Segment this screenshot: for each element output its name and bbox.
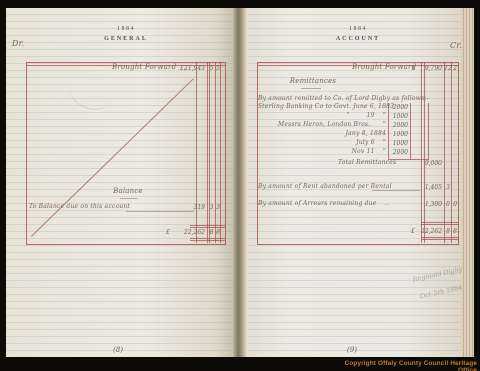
- right-bf-shillings: 12: [444, 65, 452, 72]
- arrears-pence: 0: [452, 201, 458, 208]
- balance-underline: [120, 198, 138, 199]
- right-amount-column-rule1: [421, 62, 422, 243]
- right-amount-column-rule2: [424, 62, 425, 243]
- left-total-top-rule1: [190, 225, 225, 226]
- ledger-scan: 1884 GENERAL Dr. Brought Forward £ 21,94…: [0, 0, 480, 371]
- debit-corner-label: Dr.: [12, 40, 25, 49]
- pencil-note-line2: Oct 5th 1884: [419, 284, 463, 301]
- left-bf-shillings: 5: [208, 65, 215, 72]
- pencil-note-line1: Reginald Digby: [412, 265, 463, 283]
- left-total-bottom-rule2: [190, 240, 225, 241]
- subcolumn-right-rule: [410, 103, 411, 159]
- right-bf-pound-sign: £: [412, 65, 416, 72]
- left-year-label: 1884: [104, 26, 148, 32]
- left-pence-column-rule: [215, 62, 216, 243]
- balance-heading: Balance: [100, 188, 156, 196]
- right-page-title: ACCOUNT: [318, 36, 398, 42]
- right-page-number: (9): [342, 346, 362, 354]
- total-remittances-label: Total Remittances: [338, 160, 396, 167]
- arrears-shillings: 0: [444, 201, 452, 208]
- left-shillings-column-rule2: [209, 62, 210, 243]
- right-total-top-rule2: [421, 224, 458, 225]
- right-shillings-column-rule: [444, 62, 445, 243]
- left-total-pence: 8: [215, 229, 221, 236]
- balance-pence: 3: [215, 204, 221, 211]
- remittance-row-amount: 2000: [390, 149, 408, 156]
- right-bf-pence: 2: [452, 65, 458, 72]
- left-shillings-column-rule: [207, 62, 208, 243]
- remittances-underline: [301, 88, 321, 89]
- remittances-heading: Remittances: [278, 78, 348, 86]
- remittance-row-label: Sterling Banking Co to Govt. June 6, 188…: [258, 104, 386, 111]
- right-brought-forward-label: Brought Forward: [352, 64, 416, 72]
- remittance-row-label: Jany 8, 1884: [258, 131, 386, 138]
- remittance-row-label: Nov 11 ": [258, 149, 386, 156]
- remittance-row-label: Messrs Heron, London Bros. ": [258, 122, 386, 129]
- right-bf-amount: 9,790: [419, 65, 442, 72]
- left-total-bottom-rule1: [190, 238, 225, 239]
- left-total-shillings: 8: [208, 229, 215, 236]
- right-total-shillings: 8: [444, 228, 452, 235]
- remittance-row-amount: 1000: [390, 140, 408, 147]
- total-remittances-amount: 9,000: [424, 160, 442, 167]
- page-edges: [461, 8, 474, 357]
- right-total-bottom-rule1: [421, 237, 458, 238]
- remittances-intro-line: By amount remitted to Co. of Lord Digby …: [258, 96, 429, 103]
- remittance-row-amount: 2000: [390, 122, 408, 129]
- book-gutter: [233, 8, 248, 357]
- arrears-amount: 1,300: [419, 201, 442, 208]
- left-bf-pence: 5: [215, 65, 221, 72]
- left-page-number: (8): [108, 346, 128, 354]
- right-total-bottom-rule2: [421, 239, 458, 240]
- rent-abandoned-fill-line: [372, 190, 420, 191]
- right-year-label: 1884: [336, 26, 380, 32]
- subcolumn-outer-rule: [428, 103, 429, 159]
- left-brought-forward-label: Brought Forward: [112, 64, 176, 72]
- balance-due-label: To Balance due on this account: [29, 204, 130, 211]
- remittance-row-label: " 19 ": [258, 113, 386, 120]
- left-total-pound-sign: £: [166, 229, 170, 236]
- rent-abandoned-shillings: 3: [444, 184, 452, 191]
- credit-corner-label: Cr.: [450, 42, 462, 51]
- subcolumn-left-rule: [388, 103, 389, 159]
- left-total-amount: 22,262: [174, 229, 205, 236]
- remittance-row-amount: 2000: [390, 104, 408, 111]
- rent-abandoned-amount: 1,405: [419, 184, 442, 191]
- arrears-label: By amount of Arrears remaining due ..: [258, 201, 389, 208]
- balance-fill-line: [126, 211, 194, 212]
- left-total-top-rule2: [190, 227, 225, 228]
- archive-watermark: Copyright Offaly County Council Heritage…: [330, 360, 477, 371]
- left-amount-column-rule: [196, 62, 197, 243]
- right-total-pound-sign: £: [411, 228, 415, 235]
- right-total-amount: 22,262: [419, 228, 442, 235]
- left-margin-column-rule: [220, 62, 221, 243]
- remittance-row-amount: 1000: [390, 131, 408, 138]
- right-total-top-rule1: [421, 222, 458, 223]
- balance-amount: 319: [182, 204, 205, 211]
- remittance-row-amount: 1000: [390, 113, 408, 120]
- balance-shillings: 3: [208, 204, 215, 211]
- remittance-row-label: July 6 ": [258, 140, 386, 147]
- left-page-title: GENERAL: [86, 36, 166, 42]
- left-bf-amount: 21,943: [176, 65, 205, 72]
- right-pence-column-rule: [451, 62, 452, 243]
- right-total-pence: 8: [452, 228, 458, 235]
